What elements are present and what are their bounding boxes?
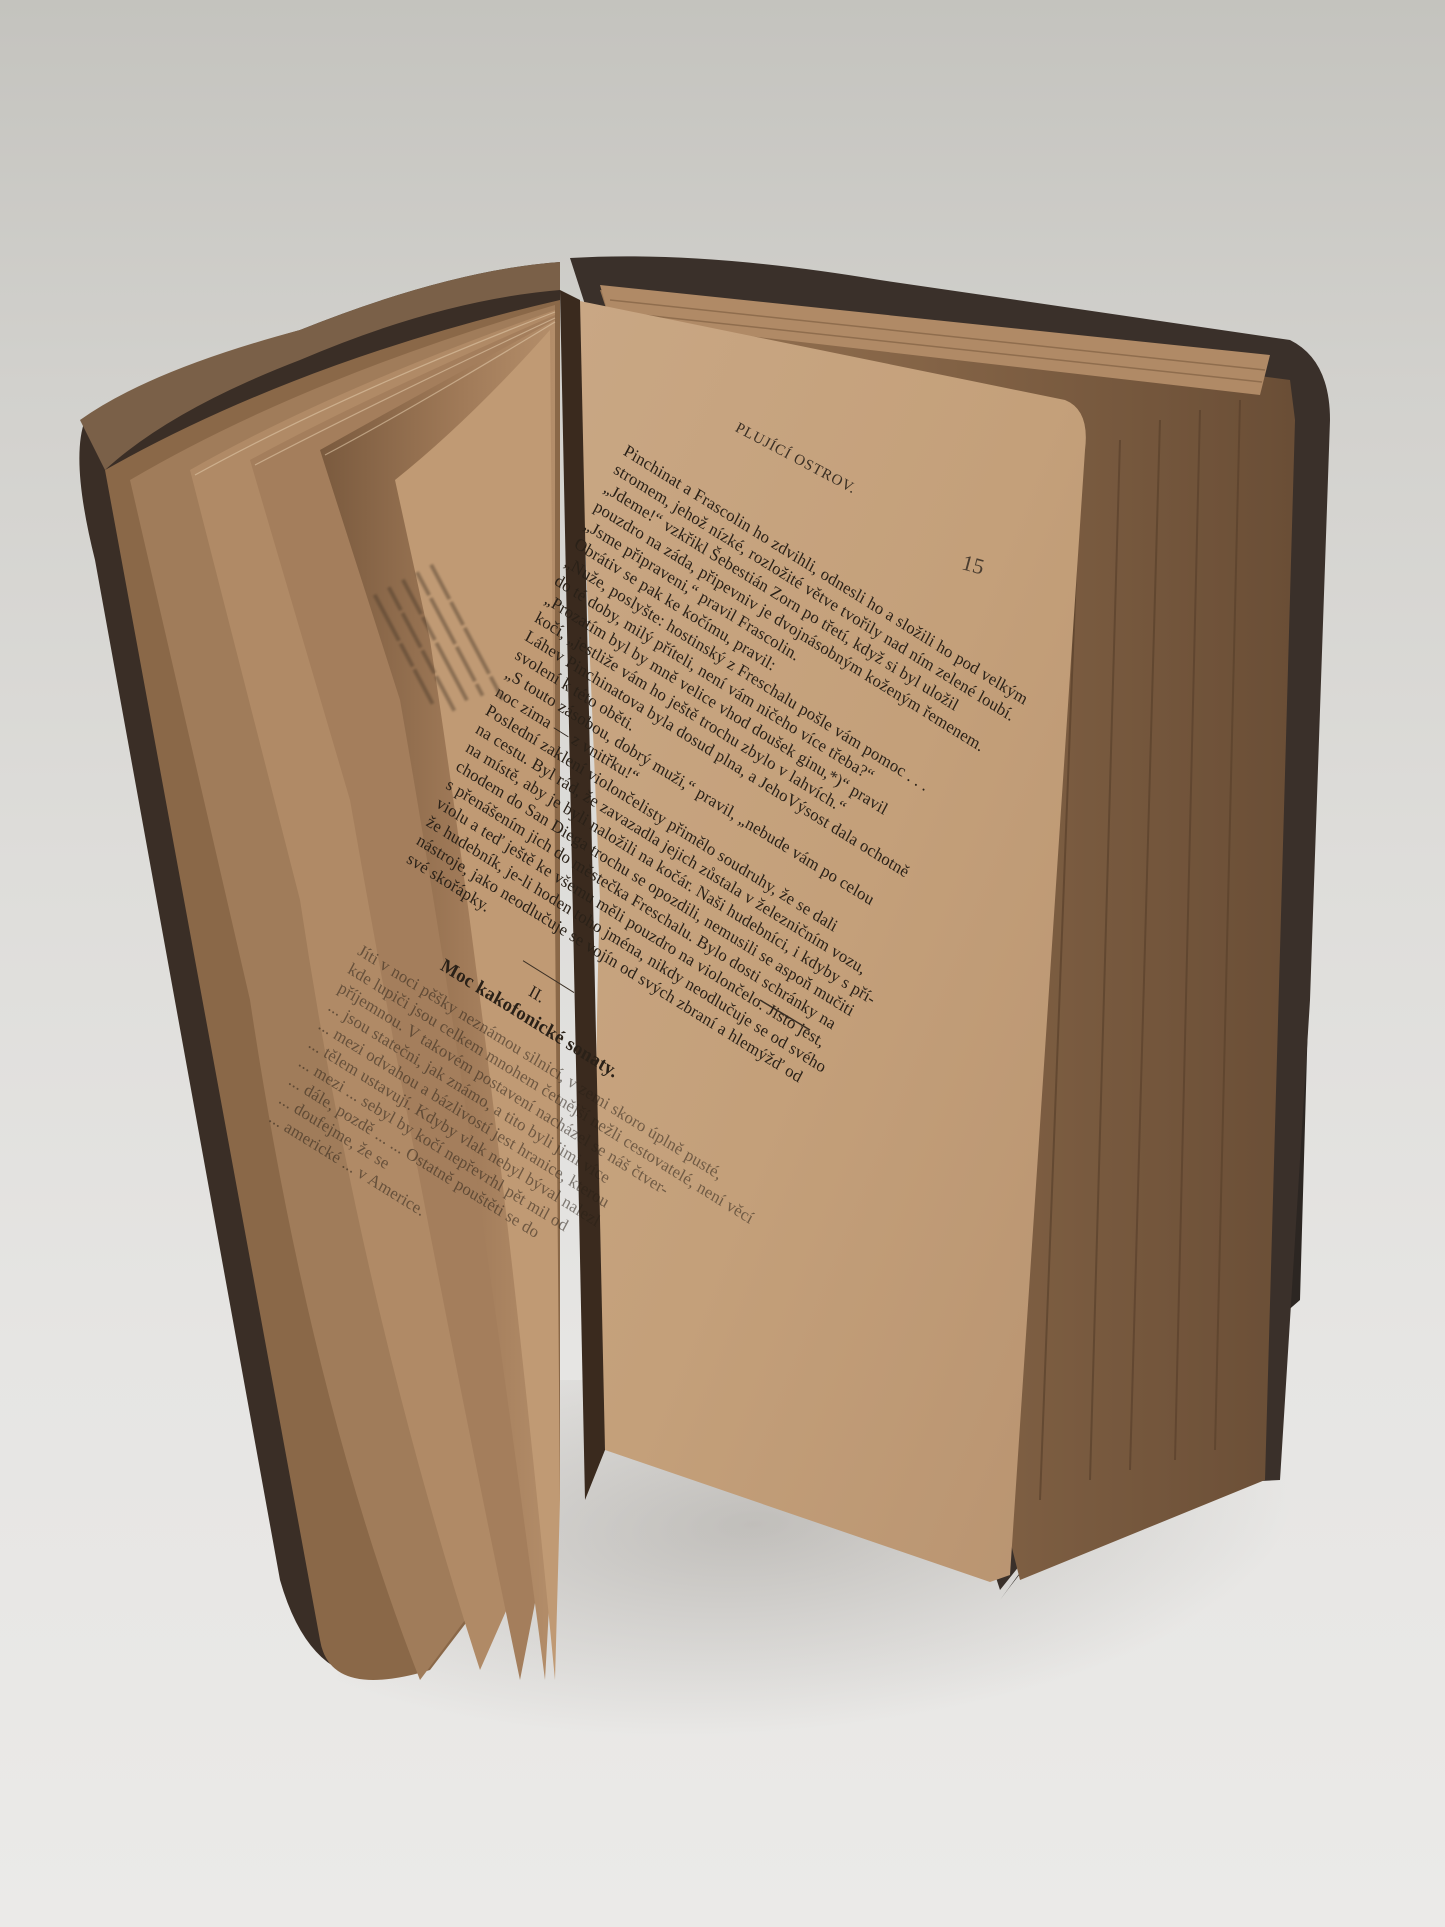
photo-scene: PLUJÍCÍ OSTROV. 15 Pinchinat a Frascolin… bbox=[0, 0, 1445, 1927]
